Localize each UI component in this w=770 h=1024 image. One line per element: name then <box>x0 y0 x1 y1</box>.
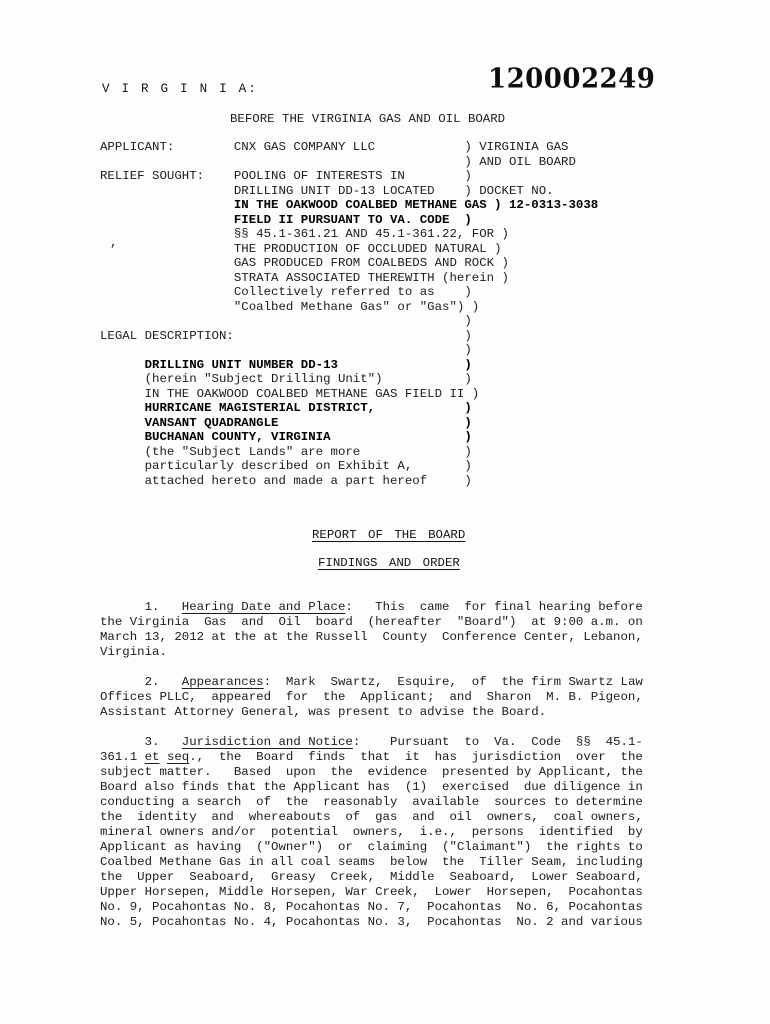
caption-line: GAS PRODUCED FROM COALBEDS AND ROCK ) <box>100 256 598 271</box>
text-segment: conducting a search of the reasonably av… <box>100 795 643 809</box>
caption-line: APPLICANT: CNX GAS COMPANY LLC ) VIRGINI… <box>100 140 598 155</box>
text-segment: Virginia. <box>100 645 167 659</box>
text-segment: the Upper Seaboard, Greasy Creek, Middle… <box>100 870 643 884</box>
caption-line: FIELD II PURSUANT TO VA. CODE ) <box>100 213 598 228</box>
caption-line: BUCHANAN COUNTY, VIRGINIA ) <box>100 430 598 445</box>
text-segment: mineral owners and/or potential owners, … <box>100 825 643 839</box>
paragraph-hearing-date-and-place: 1. Hearing Date and Place: This came for… <box>100 600 643 660</box>
text-line: Applicant as having ("Owner") or claimin… <box>100 840 643 855</box>
text-line: 3. Jurisdiction and Notice: Pursuant to … <box>100 735 643 750</box>
text-line: March 13, 2012 at the at the Russell Cou… <box>100 630 643 645</box>
text-segment: Applicant as having ("Owner") or claimin… <box>100 840 643 854</box>
text-line: No. 9, Pocahontas No. 8, Pocahontas No. … <box>100 900 643 915</box>
text-segment: No. 9, Pocahontas No. 8, Pocahontas No. … <box>100 900 643 914</box>
stray-comma-mark: , <box>110 236 117 250</box>
text-segment: the identity and whereabouts of gas and … <box>100 810 643 824</box>
text-segment: : This came for final hearing before <box>345 600 642 614</box>
text-segment: : Pursuant to Va. Code §§ 45.1- <box>353 735 643 749</box>
caption-line: THE PRODUCTION OF OCCLUDED NATURAL ) <box>100 242 598 257</box>
docket-stamp-number: 120002249 <box>488 63 655 95</box>
heading-report-of-the-board: REPORT OF THE BOARD <box>312 528 465 542</box>
heading-findings-text: FINDINGS AND ORDER <box>318 556 460 570</box>
text-segment: March 13, 2012 at the at the Russell Cou… <box>100 630 643 644</box>
text-segment: Assistant Attorney General, was present … <box>100 705 546 719</box>
text-line: the identity and whereabouts of gas and … <box>100 810 643 825</box>
caption-line: LEGAL DESCRIPTION: ) <box>100 329 598 344</box>
text-segment: : Mark Swartz, Esquire, of the firm Swar… <box>264 675 643 689</box>
caption-line: DRILLING UNIT DD-13 LOCATED ) DOCKET NO. <box>100 184 598 199</box>
caption-line: DRILLING UNIT NUMBER DD-13 ) <box>100 358 598 373</box>
text-segment: 3. <box>100 735 182 749</box>
text-segment: Upper Horsepen, Middle Horsepen, War Cre… <box>100 885 643 899</box>
state-label: V I R G I N I A: <box>102 82 258 96</box>
paragraph-jurisdiction-and-notice: 3. Jurisdiction and Notice: Pursuant to … <box>100 735 643 930</box>
text-line: Coalbed Methane Gas in all coal seams be… <box>100 855 643 870</box>
text-line: the Virginia Gas and Oil board (hereafte… <box>100 615 643 630</box>
text-segment: subject matter. Based upon the evidence … <box>100 765 643 779</box>
text-line: conducting a search of the reasonably av… <box>100 795 643 810</box>
caption-line: ) AND OIL BOARD <box>100 155 598 170</box>
caption-line: Collectively referred to as ) <box>100 285 598 300</box>
caption-line: §§ 45.1-361.21 AND 45.1-361.22, FOR ) <box>100 227 598 242</box>
caption-line: STRATA ASSOCIATED THEREWITH (herein ) <box>100 271 598 286</box>
caption-line: "Coalbed Methane Gas" or "Gas") ) <box>100 300 598 315</box>
text-segment: 1. <box>100 600 182 614</box>
heading-report-text: REPORT OF THE BOARD <box>312 528 465 542</box>
caption-line: IN THE OAKWOOD COALBED METHANE GAS FIELD… <box>100 387 598 402</box>
caption-line: IN THE OAKWOOD COALBED METHANE GAS ) 12-… <box>100 198 598 213</box>
paragraph-appearances: 2. Appearances: Mark Swartz, Esquire, of… <box>100 675 643 720</box>
text-line: Board also finds that the Applicant has … <box>100 780 643 795</box>
text-line: 1. Hearing Date and Place: This came for… <box>100 600 643 615</box>
text-line: 2. Appearances: Mark Swartz, Esquire, of… <box>100 675 643 690</box>
caption-line: (herein "Subject Drilling Unit") ) <box>100 372 598 387</box>
caption-line: particularly described on Exhibit A, ) <box>100 459 598 474</box>
text-line: the Upper Seaboard, Greasy Creek, Middle… <box>100 870 643 885</box>
text-line: mineral owners and/or potential owners, … <box>100 825 643 840</box>
text-segment <box>160 750 167 764</box>
caption-block: APPLICANT: CNX GAS COMPANY LLC ) VIRGINI… <box>100 140 598 488</box>
text-segment: No. 5, Pocahontas No. 4, Pocahontas No. … <box>100 915 643 929</box>
text-line: Offices PLLC, appeared for the Applicant… <box>100 690 643 705</box>
caption-line: (the "Subject Lands" are more ) <box>100 445 598 460</box>
underlined-text: et <box>145 750 160 764</box>
underlined-text: Jurisdiction and Notice <box>182 735 353 749</box>
text-line: Virginia. <box>100 645 643 660</box>
caption-line: VANSANT QUADRANGLE ) <box>100 416 598 431</box>
caption-line: ) <box>100 343 598 358</box>
board-title: BEFORE THE VIRGINIA GAS AND OIL BOARD <box>230 112 505 126</box>
text-line: No. 5, Pocahontas No. 4, Pocahontas No. … <box>100 915 643 930</box>
caption-line: RELIEF SOUGHT: POOLING OF INTERESTS IN ) <box>100 169 598 184</box>
text-segment: Board also finds that the Applicant has … <box>100 780 643 794</box>
caption-line: HURRICANE MAGISTERIAL DISTRICT, ) <box>100 401 598 416</box>
text-line: subject matter. Based upon the evidence … <box>100 765 643 780</box>
text-line: Upper Horsepen, Middle Horsepen, War Cre… <box>100 885 643 900</box>
underlined-text: Hearing Date and Place <box>182 600 346 614</box>
text-segment: Coalbed Methane Gas in all coal seams be… <box>100 855 643 869</box>
caption-line: attached hereto and made a part hereof ) <box>100 474 598 489</box>
text-line: Assistant Attorney General, was present … <box>100 705 643 720</box>
text-segment: 361.1 <box>100 750 145 764</box>
text-segment: 2. <box>100 675 182 689</box>
text-segment: ., the Board finds that it has jurisdict… <box>189 750 643 764</box>
underlined-text: Appearances <box>182 675 264 689</box>
document-page: V I R G I N I A: 120002249 BEFORE THE VI… <box>0 0 770 1024</box>
heading-findings-and-order: FINDINGS AND ORDER <box>318 556 460 570</box>
text-segment: Offices PLLC, appeared for the Applicant… <box>100 690 643 704</box>
text-segment: the Virginia Gas and Oil board (hereafte… <box>100 615 643 629</box>
text-line: 361.1 et seq., the Board finds that it h… <box>100 750 643 765</box>
underlined-text: seq <box>167 750 189 764</box>
caption-line: ) <box>100 314 598 329</box>
